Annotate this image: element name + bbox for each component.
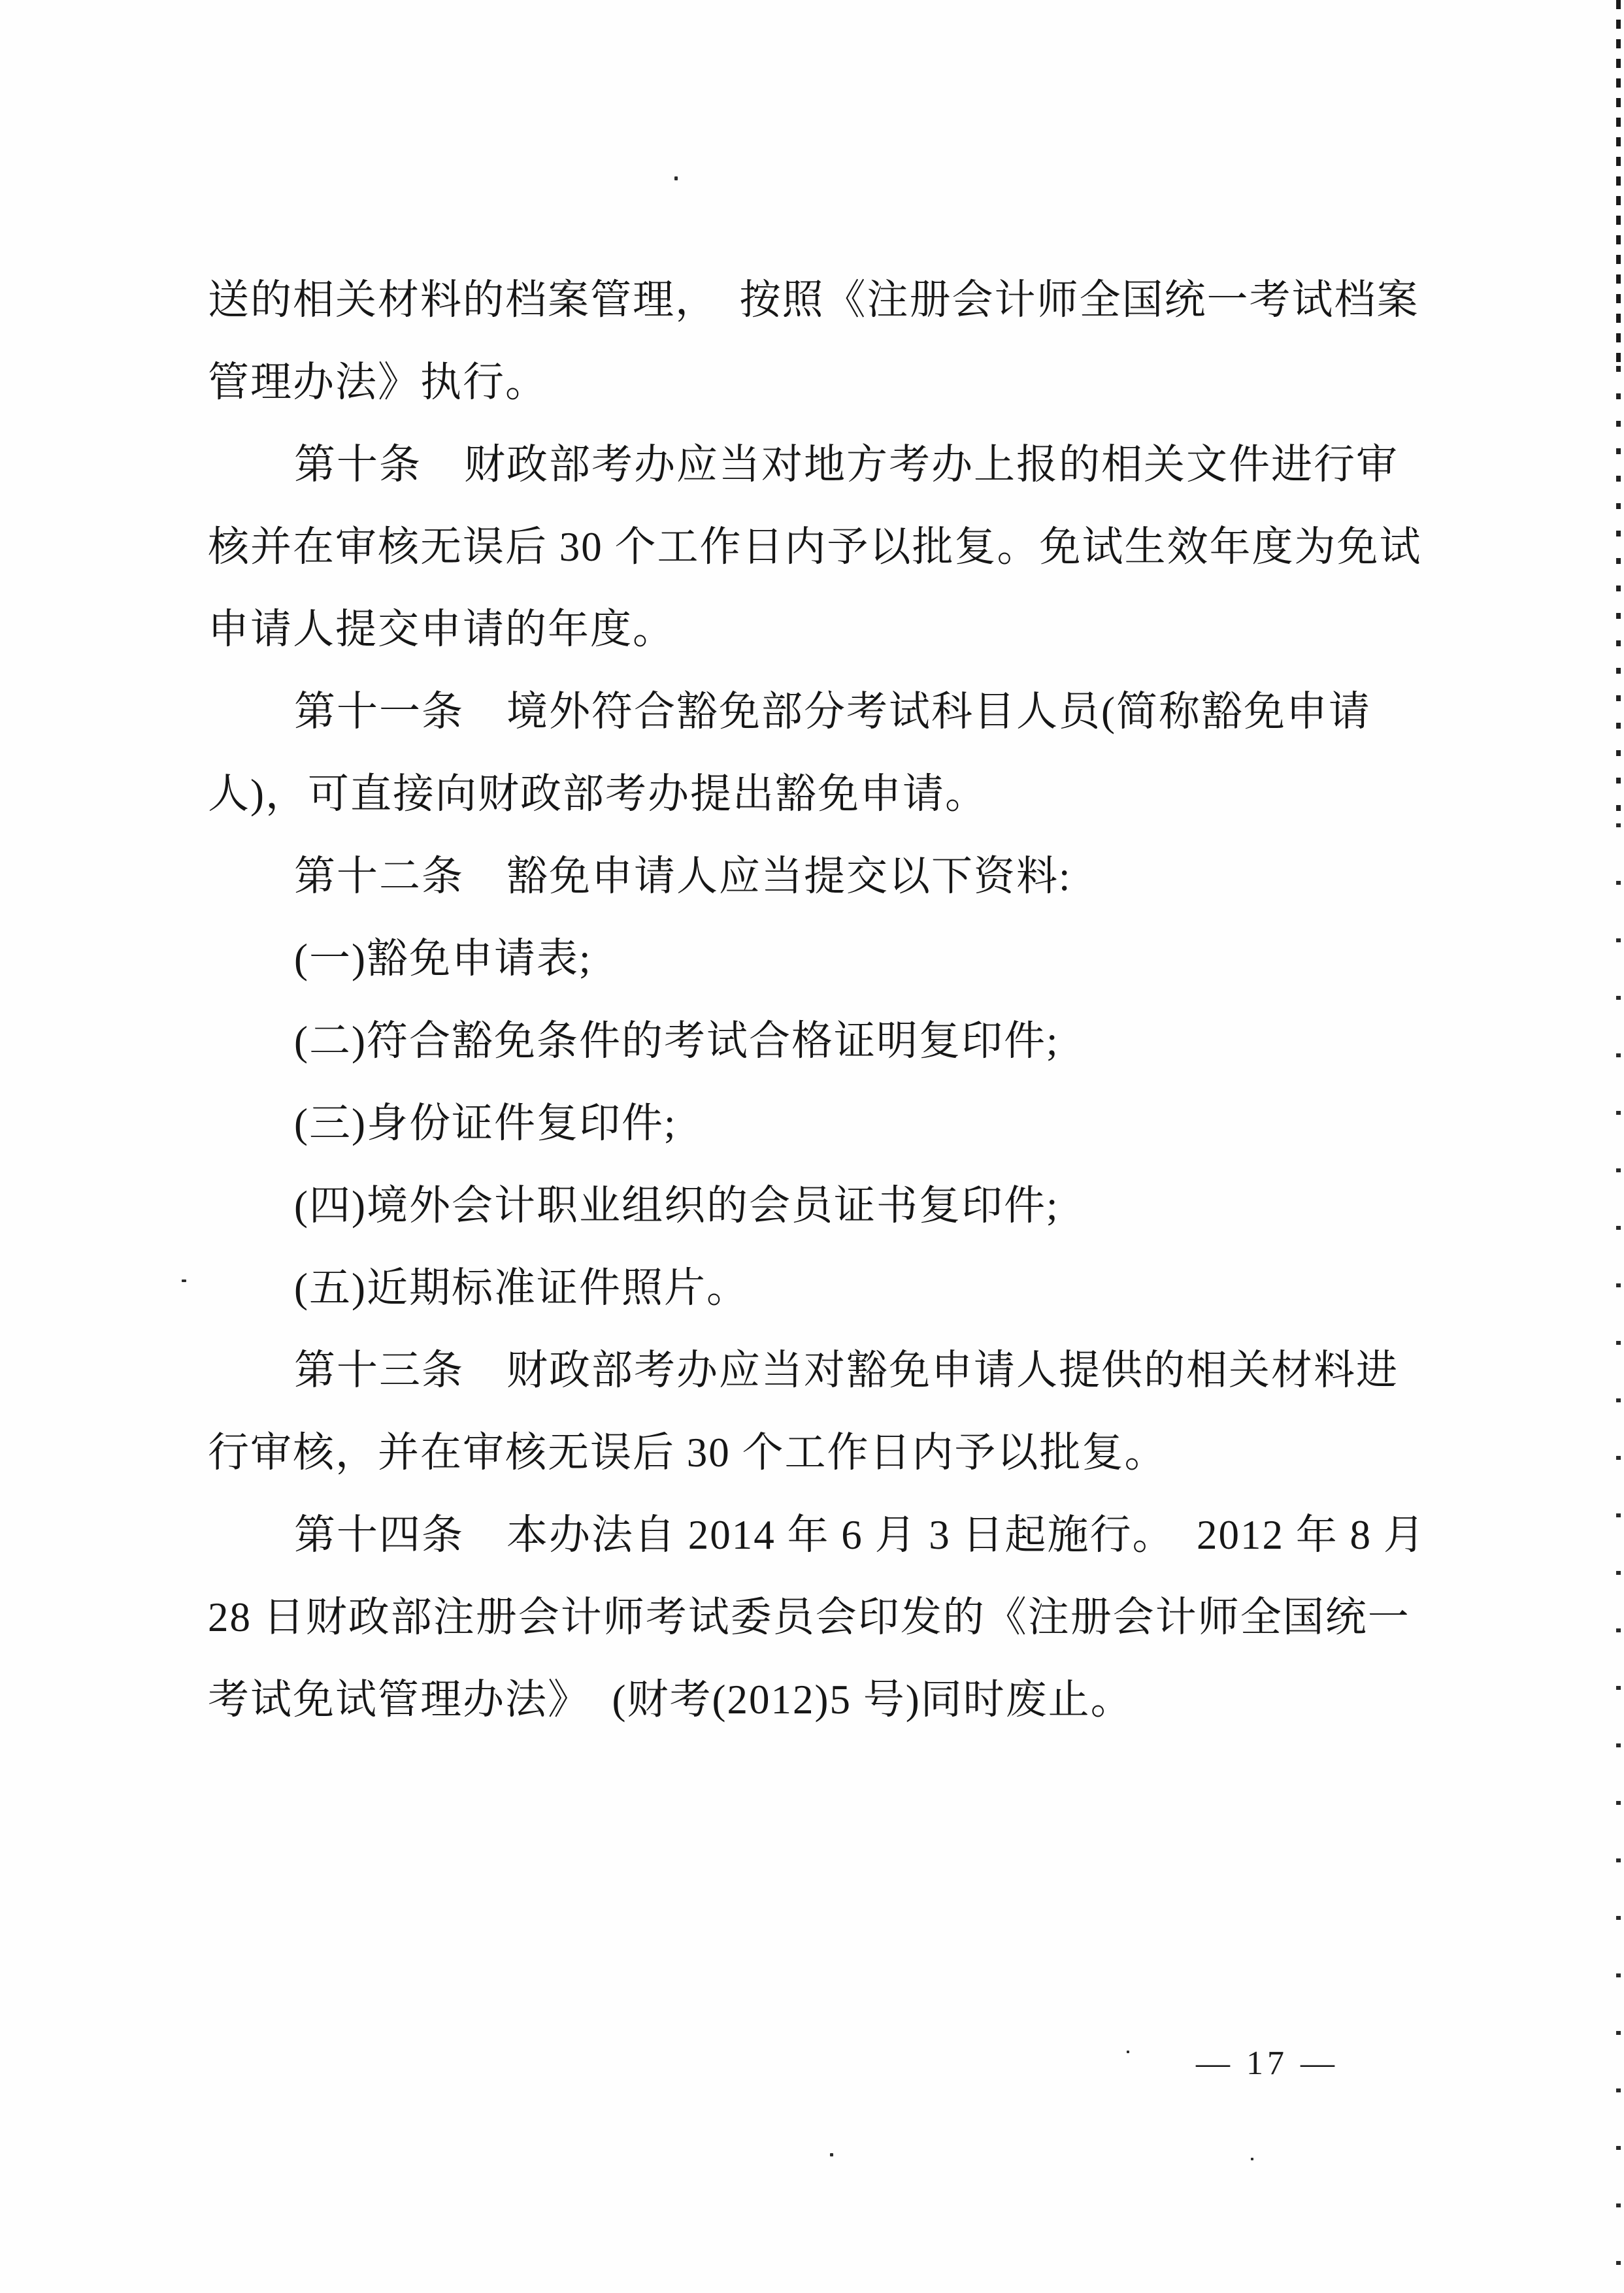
scan-speck: [1127, 2051, 1129, 2053]
text-line: 第十一条 境外符合豁免部分考试科目人员(简称豁免申请: [208, 670, 1433, 753]
text-line: (四)境外会计职业组织的会员证书复印件;: [208, 1164, 1433, 1247]
scan-speck: [1251, 2158, 1253, 2160]
text-line: 送的相关材料的档案管理， 按照《注册会计师全国统一考试档案: [208, 259, 1433, 341]
scan-speck: [182, 1279, 186, 1282]
document-body: 送的相关材料的档案管理， 按照《注册会计师全国统一考试档案管理办法》执行。第十条…: [208, 259, 1433, 1741]
scan-artifact-right-edge: [1616, 366, 1621, 823]
page-number: — 17 —: [1196, 2044, 1338, 2083]
scan-speck: [830, 2153, 833, 2156]
text-line: 第十条 财政部考办应当对地方考办上报的相关文件进行审: [208, 423, 1433, 506]
text-line: 第十二条 豁免申请人应当提交以下资料:: [208, 835, 1433, 917]
text-line: 申请人提交申请的年度。: [208, 588, 1433, 670]
text-line: 人)，可直接向财政部考办提出豁免申请。: [208, 753, 1433, 835]
text-line: (一)豁免申请表;: [208, 917, 1433, 1000]
text-line: 行审核，并在审核无误后 30 个工作日内予以批复。: [208, 1411, 1433, 1494]
text-line: (三)身份证件复印件;: [208, 1082, 1433, 1164]
scan-artifact-right-edge: [1616, 823, 1621, 2293]
scan-speck: [674, 176, 678, 180]
text-line: 第十三条 财政部考办应当对豁免申请人提供的相关材料进: [208, 1329, 1433, 1411]
text-line: 考试免试管理办法》 (财考(2012)5 号)同时废止。: [208, 1658, 1433, 1741]
text-line: (五)近期标准证件照片。: [208, 1247, 1433, 1329]
text-line: 核并在审核无误后 30 个工作日内予以批复。免试生效年度为免试: [208, 506, 1433, 588]
text-line: 管理办法》执行。: [208, 341, 1433, 423]
text-line: 28 日财政部注册会计师考试委员会印发的《注册会计师全国统一: [208, 1576, 1433, 1658]
document-page: 送的相关材料的档案管理， 按照《注册会计师全国统一考试档案管理办法》执行。第十条…: [0, 0, 1624, 2293]
text-line: 第十四条 本办法自 2014 年 6 月 3 日起施行。 2012 年 8 月: [208, 1494, 1433, 1576]
scan-artifact-right-edge: [1616, 0, 1621, 366]
text-line: (二)符合豁免条件的考试合格证明复印件;: [208, 1000, 1433, 1082]
